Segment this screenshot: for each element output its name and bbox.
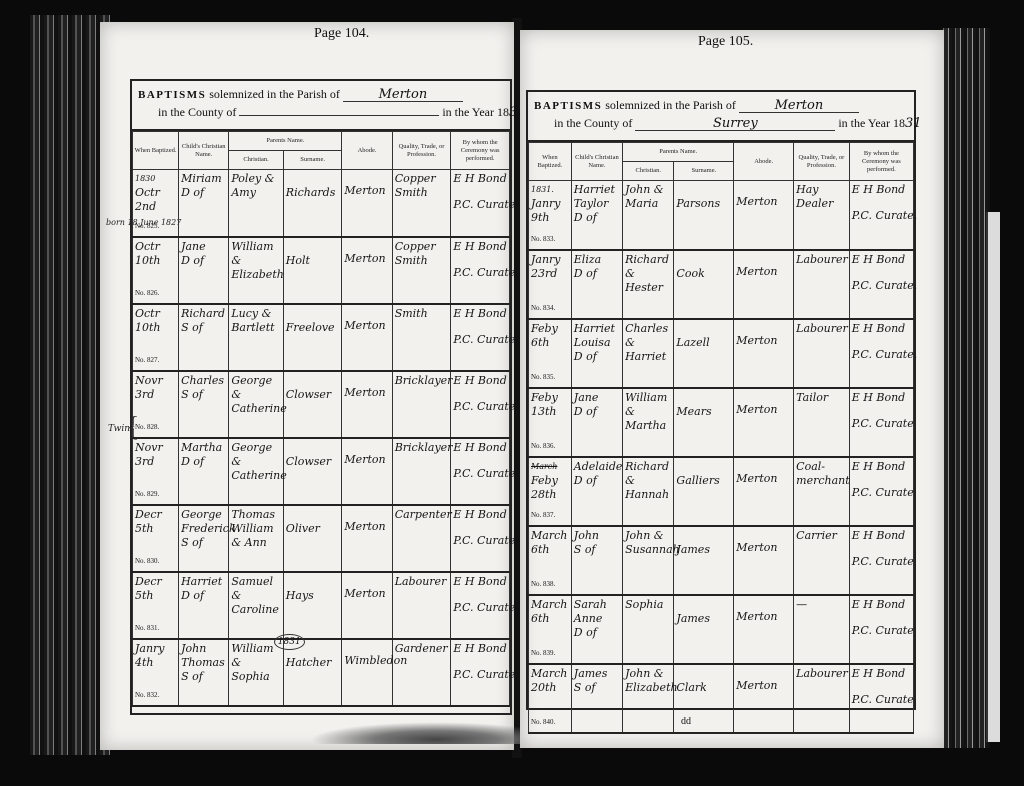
cell-parents-christian: John & Susannah	[623, 526, 674, 595]
surname: Richards	[286, 186, 340, 200]
officiant-title: P.C. Curate	[852, 693, 911, 707]
cell-surname: Mears	[674, 388, 734, 457]
cell-when-baptized: March 20thNo. 840.	[529, 664, 572, 733]
parents-christian: William & Elizabeth	[231, 240, 283, 281]
cell-by-whom: E H BondP.C. Curate	[451, 438, 510, 505]
child-name: Charles	[181, 374, 226, 388]
cell-child-name: John ThomasS of	[179, 639, 229, 706]
cell-when-baptized: Novr 3rdNo. 828.	[133, 371, 179, 438]
baptism-date: March 6th	[531, 598, 569, 626]
surname: Galliers	[676, 474, 731, 488]
entries-grid: When Baptized. Child's Christian Name. P…	[528, 142, 914, 734]
surname: Oliver	[286, 522, 340, 536]
book-cover-edge	[986, 212, 1000, 742]
signature-mark: dd	[681, 716, 691, 727]
cell-when-baptized: Octr 10thNo. 827.	[133, 304, 179, 371]
child-name: Martha	[181, 441, 226, 455]
parents-christian: George & Catherine	[231, 374, 286, 415]
cell-when-baptized: Feby 13thNo. 836.	[529, 388, 572, 457]
col-quality: Quality, Trade, or Profession.	[794, 143, 850, 181]
cell-parents-christian: William & Sophia	[229, 639, 283, 706]
register-entry: MarchFeby 28thNo. 837.AdelaideD ofRichar…	[529, 457, 914, 526]
col-quality: Quality, Trade, or Profession.	[392, 132, 451, 170]
col-abode: Abode.	[342, 132, 392, 170]
register-heading: BAPTISMS solemnized in the Parish of Mer…	[132, 81, 510, 131]
register-entry: March 6thNo. 838.JohnS ofJohn & Susannah…	[529, 526, 914, 595]
parents-christian: Sophia	[625, 598, 663, 611]
parents-christian: John & Elizabeth	[625, 667, 677, 694]
child-name: Jane	[574, 391, 620, 405]
cell-parents-christian: John & Elizabeth	[623, 664, 674, 733]
heading-baptisms: BAPTISMS	[138, 89, 206, 101]
col-surname: Surname.	[283, 151, 342, 170]
officiant: E H Bond	[852, 253, 911, 267]
officiant-title: P.C. Curate	[453, 400, 507, 414]
cell-trade: Copper Smith	[392, 170, 451, 237]
cell-parents-christian: George & Catherine	[229, 371, 283, 438]
officiant: E H Bond	[852, 183, 911, 197]
child-relation: D of	[574, 405, 620, 419]
register-entry: Novr 3rdNo. 828.CharlesS ofGeorge & Cath…	[133, 371, 510, 438]
cell-parents-christian: William & Elizabeth	[229, 237, 283, 304]
trade: Labourer	[796, 667, 848, 680]
cell-by-whom: E H BondP.C. Curate	[451, 304, 510, 371]
child-relation: S of	[181, 670, 226, 684]
cell-child-name: Harriet TaylorD of	[571, 181, 622, 250]
cell-trade: Bricklayer	[392, 438, 451, 505]
trade: Smith	[395, 307, 428, 320]
cell-parents-christian: Richard & Hester	[623, 250, 674, 319]
col-christian: Christian.	[623, 162, 674, 181]
cell-child-name: JaneD of	[179, 237, 229, 304]
col-by-whom: By whom the Ceremony was performed.	[451, 132, 510, 170]
trade: Gardener	[395, 642, 448, 655]
abode: Merton	[736, 403, 791, 417]
register-entry: Octr 10thNo. 826.JaneD ofWilliam & Eliza…	[133, 237, 510, 304]
child-relation: D of	[574, 267, 620, 281]
officiant: E H Bond	[852, 667, 911, 681]
entry-number: No. 837.	[531, 508, 555, 522]
abode: Merton	[736, 679, 791, 693]
cell-when-baptized: Novr 3rdNo. 829.	[133, 438, 179, 505]
surname: Freelove	[286, 321, 340, 335]
register-entry: Feby 6thNo. 835.Harriet LouisaD ofCharle…	[529, 319, 914, 388]
abode: Merton	[736, 195, 791, 209]
child-relation: S of	[574, 543, 620, 557]
cell-by-whom: E H BondP.C. Curate	[451, 505, 510, 572]
child-name: Harriet Taylor	[574, 183, 620, 211]
heading-parish-label: solemnized in the Parish of	[209, 87, 340, 101]
cell-child-name: Harriet LouisaD of	[571, 319, 622, 388]
parents-christian: William & Martha	[625, 391, 667, 432]
surname: Holt	[286, 254, 340, 268]
cell-abode: Merton	[734, 250, 794, 319]
cell-surname: Cook	[674, 250, 734, 319]
cell-when-baptized: MarchFeby 28thNo. 837.	[529, 457, 572, 526]
abode: Merton	[344, 587, 389, 601]
baptism-date: Octr 10th	[135, 307, 176, 335]
abode: Merton	[344, 319, 389, 333]
cell-surname: Clowser	[283, 371, 342, 438]
parents-christian: George & Catherine	[231, 441, 286, 482]
surname: Clowser	[286, 388, 340, 402]
register-heading: BAPTISMS solemnized in the Parish of Mer…	[528, 92, 914, 142]
cell-trade: Coal-merchant	[794, 457, 850, 526]
officiant-title: P.C. Curate.	[852, 279, 911, 293]
child-relation: S of	[574, 681, 620, 695]
entry-number: No. 829.	[135, 487, 159, 501]
cell-abode: Merton	[342, 170, 392, 237]
cell-abode: Merton	[342, 572, 392, 639]
cell-when-baptized: Octr 10thNo. 826.	[133, 237, 179, 304]
cell-abode: Merton	[734, 526, 794, 595]
child-name: Jane	[181, 240, 226, 254]
cell-when-baptized: Decr 5thNo. 830.	[133, 505, 179, 572]
officiant-title: P.C. Curate	[453, 601, 507, 615]
officiant-title: P.C. Curate.	[852, 348, 911, 362]
right-page: Page 105. BAPTISMS solemnized in the Par…	[520, 30, 944, 748]
officiant: E H Bond	[852, 598, 911, 612]
cell-when-baptized: March 6thNo. 839.	[529, 595, 572, 664]
cell-surname: Holt	[283, 237, 342, 304]
cell-trade: Bricklayer	[392, 371, 451, 438]
abode: Merton	[736, 541, 791, 555]
surname: Hays	[286, 589, 340, 603]
cell-surname: James	[674, 526, 734, 595]
cell-when-baptized: March 6thNo. 838.	[529, 526, 572, 595]
col-parents-name: Parents Name.	[229, 132, 342, 151]
cell-parents-christian: Sophia	[623, 595, 674, 664]
officiant: E H Bond	[453, 374, 507, 388]
child-relation: D of	[574, 350, 620, 364]
cell-surname: Clowser	[283, 438, 342, 505]
cell-child-name: ElizaD of	[571, 250, 622, 319]
col-childs-name: Child's Christian Name.	[179, 132, 229, 170]
parents-christian: Poley & Amy	[231, 172, 274, 199]
trade: Labourer	[395, 575, 447, 588]
officiant: E H Bond	[453, 240, 507, 254]
book-page-edges-right	[940, 28, 990, 748]
trade: —	[796, 598, 807, 611]
officiant: E H Bond	[453, 508, 507, 522]
cell-when-baptized: Janry 4thNo. 832.	[133, 639, 179, 706]
baptism-date: Octr 10th	[135, 240, 176, 268]
cell-when-baptized: Feby 6thNo. 835.	[529, 319, 572, 388]
abode: Merton	[344, 386, 389, 400]
surname: Hatcher	[286, 656, 340, 670]
cell-trade: Carrier	[794, 526, 850, 595]
cell-parents-christian: John & Maria	[623, 181, 674, 250]
entry-number: No. 825.	[135, 219, 159, 233]
entry-number: No. 830.	[135, 554, 159, 568]
parents-christian: Richard & Hester	[625, 253, 669, 294]
heading-county-label: in the County of	[554, 116, 632, 130]
parents-christian: William & Sophia	[231, 642, 273, 683]
cell-trade: —	[794, 595, 850, 664]
cell-by-whom: E H BondP.C. Curate	[451, 237, 510, 304]
cell-child-name: HarrietD of	[179, 572, 229, 639]
baptism-date: Feby 13th	[531, 391, 569, 419]
cell-abode: Merton	[734, 319, 794, 388]
officiant: E H Bond	[453, 172, 507, 186]
cell-surname: 1831Hatcher	[283, 639, 342, 706]
officiant-title: P.C. Curate	[453, 668, 507, 682]
register-entry: Decr 5thNo. 831.HarrietD ofSamuel & Caro…	[133, 572, 510, 639]
baptism-date: Novr 3rd	[135, 441, 176, 469]
officiant: E H Bond	[852, 391, 911, 405]
cell-abode: Merton	[342, 304, 392, 371]
heading-baptisms: BAPTISMS	[534, 100, 602, 112]
child-name: John Thomas	[181, 642, 226, 670]
register-entry: Novr 3rdNo. 829.MarthaD ofGeorge & Cathe…	[133, 438, 510, 505]
col-when-baptized: When Baptized.	[133, 132, 179, 170]
left-page: Page 104. born 18 June 1827 Twins { BAPT…	[100, 22, 514, 750]
cell-abode: Merton	[342, 237, 392, 304]
baptism-date: Octr 2nd	[135, 186, 176, 214]
abode: Merton	[736, 610, 791, 624]
ink-smudge	[310, 722, 520, 744]
abode: Merton	[344, 520, 389, 534]
entries-grid: When Baptized. Child's Christian Name. P…	[132, 131, 510, 707]
cell-trade: Hay Dealer	[794, 181, 850, 250]
surname: James	[676, 543, 731, 557]
officiant: E H Bond	[453, 642, 507, 656]
child-name: Richard	[181, 307, 226, 321]
year-note: 1831.	[531, 183, 569, 197]
cell-surname: Parsons	[674, 181, 734, 250]
baptism-register-table: BAPTISMS solemnized in the Parish of Mer…	[130, 79, 512, 715]
cell-by-whom: E H BondP.C. Curate.	[849, 319, 913, 388]
cell-surname: Richards	[283, 170, 342, 237]
baptism-date: Feby 6th	[531, 322, 569, 350]
cell-child-name: CharlesS of	[179, 371, 229, 438]
cell-trade: Labourer	[794, 664, 850, 733]
officiant-title: P.C. Curate	[852, 417, 911, 431]
cell-surname: Freelove	[283, 304, 342, 371]
officiant-title: P.C. Curate.	[852, 209, 911, 223]
officiant-title: P.C. Curate	[852, 624, 911, 638]
cell-abode: Merton	[734, 595, 794, 664]
trade: Copper Smith	[395, 240, 436, 267]
trade: Bricklayer	[395, 441, 453, 454]
heading-county-label: in the County of	[158, 105, 236, 119]
cell-when-baptized: 1831.Janry 9thNo. 833.	[529, 181, 572, 250]
cell-trade: Gardener	[392, 639, 451, 706]
cell-trade: Copper Smith	[392, 237, 451, 304]
officiant: E H Bond	[852, 460, 911, 474]
child-name: John	[574, 529, 620, 543]
child-relation: D of	[181, 589, 226, 603]
cell-trade: Labourer	[794, 319, 850, 388]
surname: Clark	[676, 681, 731, 695]
entry-number: No. 828.	[135, 420, 159, 434]
abode: Merton	[344, 184, 389, 198]
cell-child-name: MarthaD of	[179, 438, 229, 505]
cell-surname: James	[674, 595, 734, 664]
officiant-title: P.C. Curate	[852, 486, 911, 500]
entry-number: No. 832.	[135, 688, 159, 702]
cell-parents-christian: George & Catherine	[229, 438, 283, 505]
trade: Hay Dealer	[796, 183, 833, 210]
entry-number: No. 827.	[135, 353, 159, 367]
officiant: E H Bond	[852, 322, 911, 336]
cell-parents-christian: Samuel & Caroline	[229, 572, 283, 639]
cell-parents-christian: Lucy & Bartlett	[229, 304, 283, 371]
cell-abode: Merton	[734, 388, 794, 457]
entry-number: No. 838.	[531, 577, 555, 591]
cell-abode: Merton	[342, 505, 392, 572]
parents-christian: Samuel & Caroline	[231, 575, 279, 616]
cell-by-whom: E H BondP.C. Curate	[849, 457, 913, 526]
cell-by-whom: E H BondP.C. Curate	[849, 664, 913, 733]
child-name: Sarah Anne	[574, 598, 620, 626]
baptism-date: Novr 3rd	[135, 374, 176, 402]
page-number: Page 104.	[314, 26, 369, 42]
cell-abode: Merton	[342, 438, 392, 505]
child-relation: D of	[181, 186, 226, 200]
abode: Merton	[736, 334, 791, 348]
cell-trade: Labourer	[794, 250, 850, 319]
cell-trade: Labourer	[392, 572, 451, 639]
trade: Labourer	[796, 322, 848, 335]
county-field	[239, 115, 439, 116]
surname: Cook	[676, 267, 731, 281]
register-entry: March 6thNo. 839.Sarah AnneD ofSophiaJam…	[529, 595, 914, 664]
baptism-register-table: BAPTISMS solemnized in the Parish of Mer…	[526, 90, 916, 710]
col-by-whom: By whom the Ceremony was performed.	[849, 143, 913, 181]
register-entry: Feby 13thNo. 836.JaneD ofWilliam & Marth…	[529, 388, 914, 457]
officiant-title: P.C. Curate	[453, 534, 507, 548]
cell-by-whom: E H BondP.C. Curate	[451, 572, 510, 639]
county-field: Surrey	[635, 118, 835, 131]
officiant-title: P.C. Curate	[453, 198, 507, 212]
entry-number: No. 835.	[531, 370, 555, 384]
baptism-date: Janry 9th	[531, 197, 569, 225]
entry-number: No. 839.	[531, 646, 555, 660]
abode: Merton	[736, 472, 791, 486]
cell-by-whom: E H BondP.C. Curate	[451, 371, 510, 438]
parents-christian: John & Maria	[625, 183, 664, 210]
trade: Labourer	[796, 253, 848, 266]
cell-parents-christian: Charles & Harriet	[623, 319, 674, 388]
surname: Clowser	[286, 455, 340, 469]
parents-christian: John & Susannah	[625, 529, 680, 556]
parents-christian: Thomas William & Ann	[231, 508, 275, 549]
year-note: 1831	[274, 634, 305, 650]
baptism-date: March 20th	[531, 667, 569, 695]
cell-by-whom: E H BondP.C. Curate.	[849, 181, 913, 250]
col-when-baptized: When Baptized.	[529, 143, 572, 181]
abode: Merton	[736, 265, 791, 279]
parents-christian: Lucy & Bartlett	[231, 307, 274, 334]
child-relation: S of	[181, 388, 226, 402]
parents-christian: Richard & Hannah	[625, 460, 669, 501]
child-name: Miriam	[181, 172, 226, 186]
parish-field: Merton	[739, 100, 859, 113]
child-name: Harriet Louisa	[574, 322, 620, 350]
parish-field: Merton	[343, 89, 463, 102]
trade: Copper Smith	[395, 172, 436, 199]
officiant-title: P.C. Curate	[453, 467, 507, 481]
trade: Bricklayer	[395, 374, 453, 387]
register-entry: Decr 5thNo. 830.George FrederickS ofThom…	[133, 505, 510, 572]
officiant: E H Bond	[852, 529, 911, 543]
book-binding-left	[30, 15, 110, 755]
entry-number: No. 833.	[531, 232, 555, 246]
baptism-date: Janry 4th	[135, 642, 176, 670]
cell-trade: Carpenter	[392, 505, 451, 572]
parents-christian: Charles & Harriet	[625, 322, 668, 363]
cell-child-name: JamesS of	[571, 664, 622, 733]
cell-parents-christian: William & Martha	[623, 388, 674, 457]
heading-year-label: in the Year 18	[442, 105, 509, 119]
col-parents-name: Parents Name.	[623, 143, 734, 162]
surname: James	[676, 612, 731, 626]
cell-child-name: JaneD of	[571, 388, 622, 457]
child-relation: S of	[181, 536, 226, 550]
baptism-date: Decr 5th	[135, 508, 176, 536]
cell-when-baptized: 1830Octr 2ndNo. 825.	[133, 170, 179, 237]
cell-child-name: MiriamD of	[179, 170, 229, 237]
col-surname: Surname.	[674, 162, 734, 181]
child-relation: D of	[574, 626, 620, 640]
cell-abode: Merton	[734, 181, 794, 250]
heading-parish-label: solemnized in the Parish of	[605, 98, 736, 112]
cell-by-whom: E H BondP.C. Curate	[451, 170, 510, 237]
child-name: Adelaide	[574, 460, 620, 474]
cell-abode: Wimbledon	[342, 639, 392, 706]
register-entry: Janry 23rdNo. 834.ElizaD ofRichard & Hes…	[529, 250, 914, 319]
trade: Tailor	[796, 391, 828, 404]
baptism-date: March 6th	[531, 529, 569, 557]
abode: Wimbledon	[344, 654, 389, 668]
cell-by-whom: E H BondP.C. Curate	[849, 388, 913, 457]
trade: Carpenter	[395, 508, 452, 521]
child-relation: D of	[574, 474, 620, 488]
cell-surname: Oliver	[283, 505, 342, 572]
year-field: 31	[905, 116, 922, 131]
cell-child-name: George FrederickS of	[179, 505, 229, 572]
struck-date: March	[531, 460, 569, 474]
register-entry: Octr 10thNo. 827.RichardS ofLucy & Bartl…	[133, 304, 510, 371]
cell-child-name: RichardS of	[179, 304, 229, 371]
cell-when-baptized: Janry 23rdNo. 834.	[529, 250, 572, 319]
trade: Carrier	[796, 529, 837, 542]
trade: Coal-merchant	[796, 460, 850, 487]
year-note: 1830	[135, 172, 176, 186]
cell-by-whom: E H BondP.C. Curate	[849, 526, 913, 595]
heading-year-label: in the Year 18	[838, 116, 905, 130]
officiant-title: P.C. Curate	[453, 266, 507, 280]
register-entry: 1830Octr 2ndNo. 825.MiriamD ofPoley & Am…	[133, 170, 510, 237]
col-christian: Christian.	[229, 151, 283, 170]
cell-parents-christian: Richard & Hannah	[623, 457, 674, 526]
abode: Merton	[344, 453, 389, 467]
cell-by-whom: E H BondP.C. Curate	[849, 595, 913, 664]
child-name: George Frederick	[181, 508, 226, 536]
entry-number: No. 831.	[135, 621, 159, 635]
register-entry: Janry 4thNo. 832.John ThomasS ofWilliam …	[133, 639, 510, 706]
cell-surname: Hays	[283, 572, 342, 639]
cell-by-whom: E H BondP.C. Curate	[451, 639, 510, 706]
child-relation: S of	[181, 321, 226, 335]
cell-abode: Merton	[734, 664, 794, 733]
register-entry: 1831.Janry 9thNo. 833.Harriet TaylorD of…	[529, 181, 914, 250]
child-relation: D of	[574, 211, 620, 225]
surname: Parsons	[676, 197, 731, 211]
baptism-date: Janry 23rd	[531, 253, 569, 281]
abode: Merton	[344, 252, 389, 266]
